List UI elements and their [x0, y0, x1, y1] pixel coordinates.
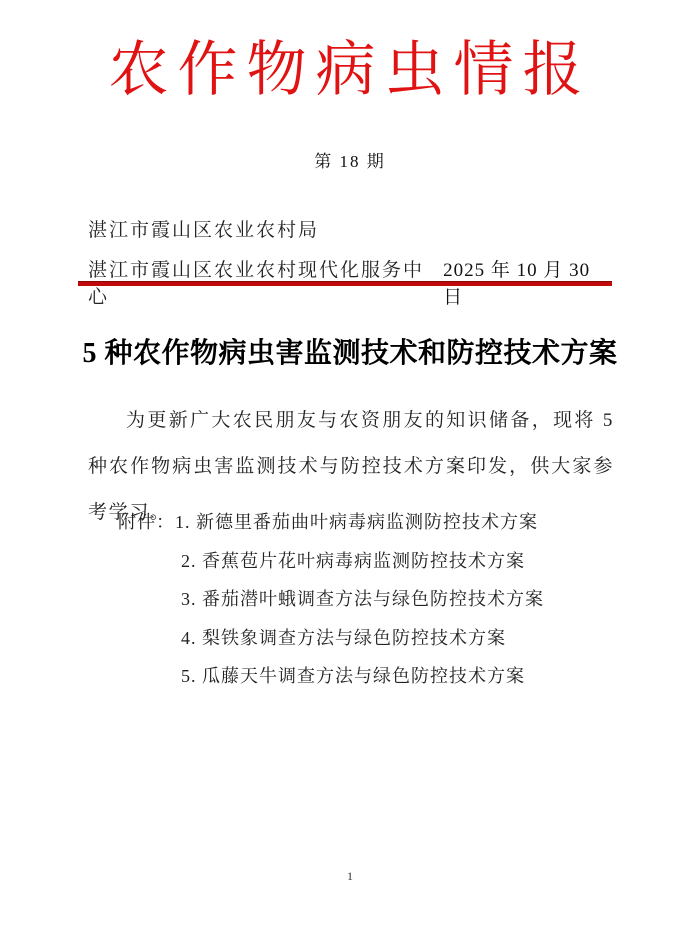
page-number: 1: [0, 869, 700, 884]
attachment-item: 3. 番茄潜叶蛾调查方法与绿色防控技术方案: [118, 580, 618, 619]
attachment-item: 4. 梨铁象调查方法与绿色防控技术方案: [118, 619, 618, 658]
attachments-list: 附件：1. 新德里番茄曲叶病毒病监测防控技术方案 2. 香蕉苞片花叶病毒病监测防…: [118, 503, 618, 696]
attachment-item: 2. 香蕉苞片花叶病毒病监测防控技术方案: [118, 542, 618, 581]
attachment-item: 1. 新德里番茄曲叶病毒病监测防控技术方案: [175, 512, 538, 532]
masthead-title: 农作物病虫情报: [0, 36, 700, 105]
issue-number: 第 18 期: [0, 147, 700, 172]
document-title: 5 种农作物病虫害监测技术和防控技术方案: [0, 331, 700, 371]
issuing-org-primary: 湛江市霞山区农业农村局: [88, 215, 319, 242]
attachment-item: 5. 瓜藤天牛调查方法与绿色防控技术方案: [118, 657, 618, 696]
attachment-row: 附件：1. 新德里番茄曲叶病毒病监测防控技术方案: [118, 503, 618, 542]
masthead-divider-rule: [78, 281, 612, 286]
attachments-label: 附件：: [118, 512, 175, 532]
document-page: 农作物病虫情报 第 18 期 湛江市霞山区农业农村局 湛江市霞山区农业农村现代化…: [0, 0, 700, 937]
